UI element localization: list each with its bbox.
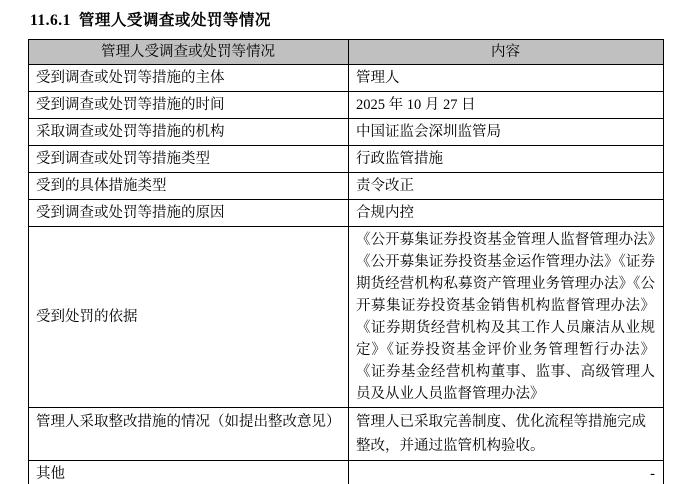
table-row-other: 其他 - <box>29 461 664 484</box>
row-label: 采取调查或处罚等措施的机构 <box>29 119 349 146</box>
row-value: - <box>349 461 664 484</box>
section-title-text: 管理人受调查或处罚等情况 <box>79 12 271 29</box>
penalty-info-table: 管理人受调查或处罚等情况 内容 受到调查或处罚等措施的主体 管理人 受到调查或处… <box>28 39 664 484</box>
row-label: 受到的具体措施类型 <box>29 173 349 200</box>
table-row-rectification: 管理人采取整改措施的情况（如提出整改意见） 管理人已采取完善制度、优化流程等措施… <box>29 408 664 461</box>
table-row: 受到调查或处罚等措施类型 行政监管措施 <box>29 146 664 173</box>
row-value: 行政监管措施 <box>349 146 664 173</box>
row-label: 管理人采取整改措施的情况（如提出整改意见） <box>29 408 349 461</box>
section-title: 11.6.1管理人受调查或处罚等情况 <box>0 0 692 39</box>
table-header-row: 管理人受调查或处罚等情况 内容 <box>29 40 664 65</box>
header-cell-category: 管理人受调查或处罚等情况 <box>29 40 349 65</box>
table-row: 采取调查或处罚等措施的机构 中国证监会深圳监管局 <box>29 119 664 146</box>
row-value: 管理人已采取完善制度、优化流程等措施完成整改，并通过监管机构验收。 <box>349 408 664 461</box>
table-row: 受到的具体措施类型 责令改正 <box>29 173 664 200</box>
row-value: 2025 年 10 月 27 日 <box>349 92 664 119</box>
row-label: 其他 <box>29 461 349 484</box>
row-value: 合规内控 <box>349 200 664 227</box>
row-label: 受到处罚的依据 <box>29 227 349 408</box>
table-row: 受到调查或处罚等措施的原因 合规内控 <box>29 200 664 227</box>
row-value: 中国证监会深圳监管局 <box>349 119 664 146</box>
section-number: 11.6.1 <box>30 12 71 29</box>
row-value: 《公开募集证券投资基金管理人监督管理办法》《公开募集证券投资基金运作管理办法》《… <box>349 227 664 408</box>
table-row-penalty-basis: 受到处罚的依据 《公开募集证券投资基金管理人监督管理办法》《公开募集证券投资基金… <box>29 227 664 408</box>
header-cell-content: 内容 <box>349 40 664 65</box>
row-value: 责令改正 <box>349 173 664 200</box>
row-label: 受到调查或处罚等措施的原因 <box>29 200 349 227</box>
row-value: 管理人 <box>349 65 664 92</box>
row-label: 受到调查或处罚等措施类型 <box>29 146 349 173</box>
document-page: 11.6.1管理人受调查或处罚等情况 管理人受调查或处罚等情况 内容 受到调查或… <box>0 0 692 484</box>
row-label: 受到调查或处罚等措施的时间 <box>29 92 349 119</box>
table-row: 受到调查或处罚等措施的主体 管理人 <box>29 65 664 92</box>
table-row: 受到调查或处罚等措施的时间 2025 年 10 月 27 日 <box>29 92 664 119</box>
row-label: 受到调查或处罚等措施的主体 <box>29 65 349 92</box>
